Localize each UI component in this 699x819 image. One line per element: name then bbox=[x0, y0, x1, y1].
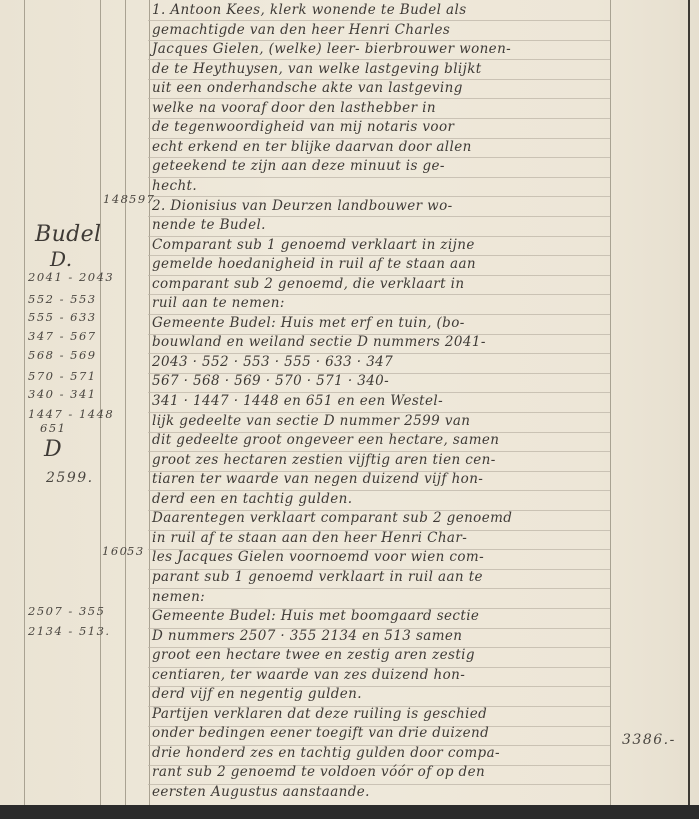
body-line: echt erkend en ter blijke daarvan door a… bbox=[152, 139, 472, 155]
margin-parcel: 651 bbox=[40, 421, 66, 435]
margin-parcel: 340 - 341 bbox=[28, 387, 97, 401]
body-line: 1. Antoon Kees, klerk wonende te Budel a… bbox=[152, 2, 467, 18]
body-line: 567 · 568 · 569 · 570 · 571 · 340- bbox=[152, 373, 389, 389]
body-line: geteekend te zijn aan deze minuut is ge- bbox=[152, 158, 445, 174]
margin-parcel-b-0: 2507 - 355 bbox=[28, 604, 105, 618]
margin-parcel-b-1: 2134 - 513. bbox=[28, 624, 111, 638]
body-line: welke na vooraf door den lasthebber in bbox=[152, 100, 436, 116]
body-line: Comparant sub 1 genoemd verklaart in zij… bbox=[152, 237, 475, 253]
body-line: Daarentegen verklaart comparant sub 2 ge… bbox=[152, 510, 512, 526]
margin-section: D. bbox=[50, 247, 72, 271]
body-line: groot zes hectaren zestien vijftig aren … bbox=[152, 452, 496, 468]
entry1-col-b: 597 bbox=[129, 192, 155, 206]
body-line: parant sub 1 genoemd verklaart in ruil a… bbox=[152, 569, 483, 585]
body-line: tiaren ter waarde van negen duizend vijf… bbox=[152, 471, 483, 487]
body-line: derd vijf en negentig gulden. bbox=[152, 686, 362, 702]
body-line: Partijen verklaren dat deze ruiling is g… bbox=[152, 706, 487, 722]
body-line: in ruil af te staan aan den heer Henri C… bbox=[152, 530, 467, 546]
body-line: de tegenwoordigheid van mij notaris voor bbox=[152, 119, 454, 135]
margin-section-2: D bbox=[44, 437, 62, 462]
body-line: D nummers 2507 · 355 2134 en 513 samen bbox=[152, 628, 462, 644]
entry2-col-b: 53 bbox=[127, 544, 145, 558]
ruled-line bbox=[148, 177, 610, 178]
margin-place: Budel bbox=[35, 222, 101, 247]
body-line: lijk gedeelte van sectie D nummer 2599 v… bbox=[152, 413, 470, 429]
body-line: de te Heythuysen, van welke lastgeving b… bbox=[152, 61, 482, 77]
body-line: 2. Dionisius van Deurzen landbouwer wo- bbox=[152, 198, 453, 214]
margin-parcel: 2041 - 2043 bbox=[28, 270, 114, 284]
margin-parcel: 568 - 569 bbox=[28, 348, 97, 362]
body-line: eersten Augustus aanstaande. bbox=[152, 784, 370, 800]
right-margin-amount: 3386.- bbox=[622, 732, 676, 748]
column-line-b bbox=[125, 0, 126, 805]
column-line-a bbox=[100, 0, 101, 805]
right-text-line bbox=[610, 0, 611, 805]
body-line: 2043 · 552 · 553 · 555 · 633 · 347 bbox=[152, 354, 393, 370]
margin-parcel: 570 - 571 bbox=[28, 369, 97, 383]
body-line: ruil aan te nemen: bbox=[152, 295, 285, 311]
body-line: 341 · 1447 · 1448 en 651 en een Westel- bbox=[152, 393, 443, 409]
body-line: gemelde hoedanigheid in ruil af te staan… bbox=[152, 256, 476, 272]
body-line: hecht. bbox=[152, 178, 197, 194]
margin-parcel: 347 - 567 bbox=[28, 329, 97, 343]
entry1-col-a: 148 bbox=[103, 192, 129, 206]
left-margin-line bbox=[24, 0, 25, 805]
body-line: derd een en tachtig gulden. bbox=[152, 491, 352, 507]
register-page: 1. Antoon Kees, klerk wonende te Budel a… bbox=[0, 0, 699, 805]
body-line: Jacques Gielen, (welke) leer- bierbrouwe… bbox=[152, 41, 511, 57]
entry2-col-a: 160 bbox=[102, 544, 128, 558]
body-line: Gemeente Budel: Huis met erf en tuin, (b… bbox=[152, 315, 465, 331]
text-column-line bbox=[149, 0, 150, 805]
body-line: uit een onderhandsche akte van lastgevin… bbox=[152, 80, 463, 96]
body-line: onder bedingen eener toegift van drie du… bbox=[152, 725, 489, 741]
body-line: drie honderd zes en tachtig gulden door … bbox=[152, 745, 500, 761]
margin-parcel-2599: 2599. bbox=[46, 470, 94, 486]
margin-parcel: 1447 - 1448 bbox=[28, 407, 114, 421]
ruled-line bbox=[148, 588, 610, 589]
margin-parcel: 552 - 553 bbox=[28, 292, 97, 306]
body-line: groot een hectare twee en zestig aren ze… bbox=[152, 647, 475, 663]
body-line: Gemeente Budel: Huis met boomgaard secti… bbox=[152, 608, 479, 624]
body-line: rant sub 2 genoemd te voldoen vóór of op… bbox=[152, 764, 485, 780]
body-line: gemachtigde van den heer Henri Charles bbox=[152, 22, 450, 38]
body-line: dit gedeelte groot ongeveer een hectare,… bbox=[152, 432, 499, 448]
body-line: les Jacques Gielen voornoemd voor wien c… bbox=[152, 549, 484, 565]
margin-parcel: 555 - 633 bbox=[28, 310, 97, 324]
right-frame-line bbox=[688, 0, 690, 805]
body-line: nemen: bbox=[152, 589, 205, 605]
body-line: centiaren, ter waarde van zes duizend ho… bbox=[152, 667, 465, 683]
body-line: comparant sub 2 genoemd, die verklaart i… bbox=[152, 276, 464, 292]
bottom-bar bbox=[0, 805, 699, 819]
body-line: bouwland en weiland sectie D nummers 204… bbox=[152, 334, 486, 350]
body-line: nende te Budel. bbox=[152, 217, 266, 233]
